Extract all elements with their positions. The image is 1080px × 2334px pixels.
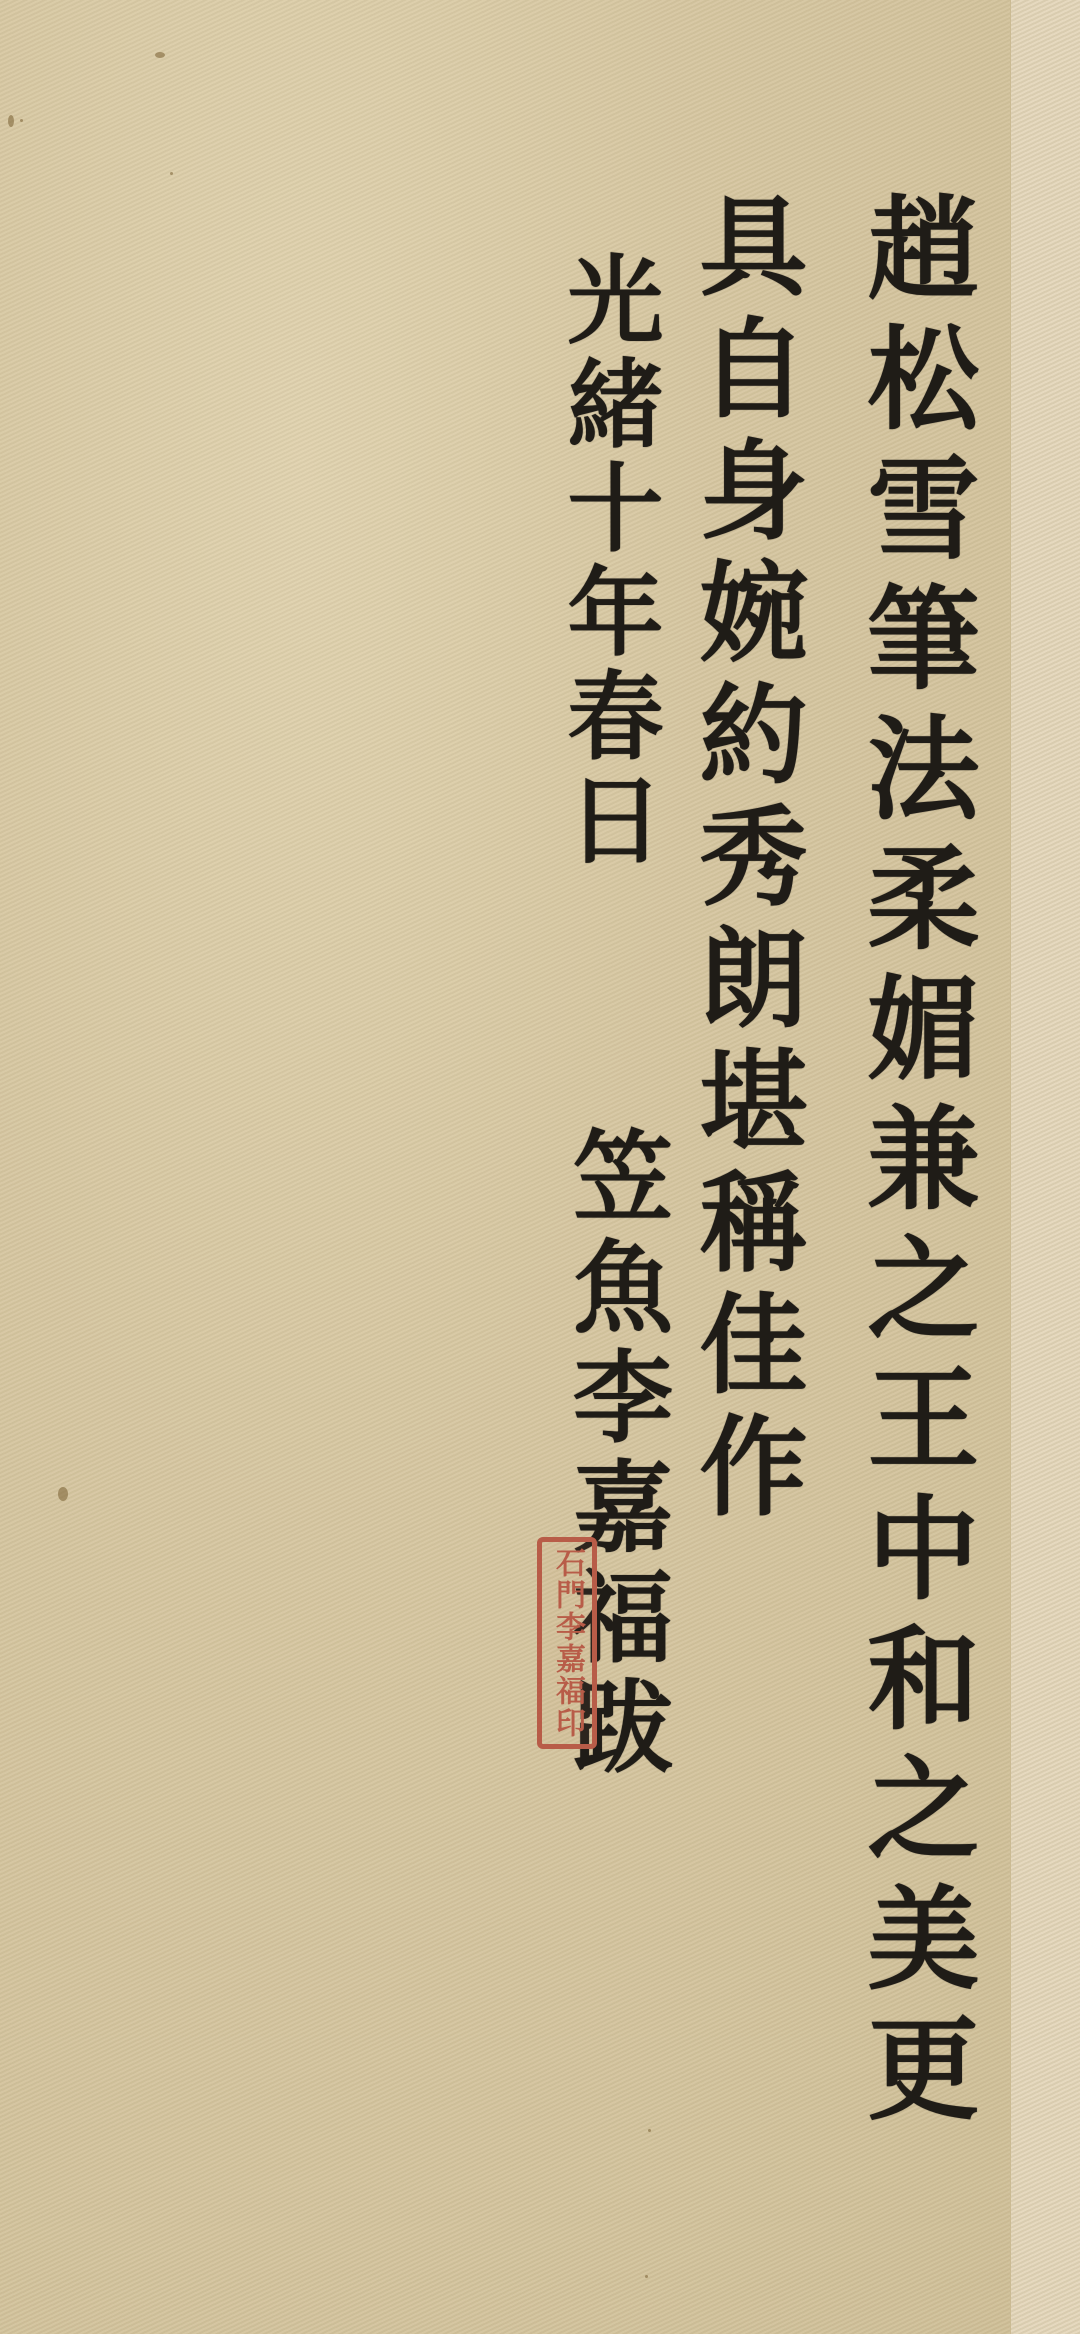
stain-spot	[8, 115, 14, 127]
stain-spot	[170, 172, 173, 175]
stain-spot	[155, 52, 165, 58]
stain-spot	[645, 2275, 648, 2278]
stain-spot	[58, 1487, 68, 1501]
stain-spot	[20, 119, 23, 122]
inscription-column-3-date: 光緒十年春日	[560, 250, 656, 874]
inscription-column-1: 趙松雪筆法柔媚兼之王中和之美更	[858, 190, 970, 2140]
inscription-column-2: 具自身婉約秀朗堪稱佳作	[690, 190, 798, 1532]
mounting-border	[1010, 0, 1080, 2334]
seal-text: 石門李嘉福印	[551, 1547, 583, 1739]
red-seal: 石門李嘉福印	[537, 1537, 597, 1749]
stain-spot	[648, 2129, 651, 2132]
